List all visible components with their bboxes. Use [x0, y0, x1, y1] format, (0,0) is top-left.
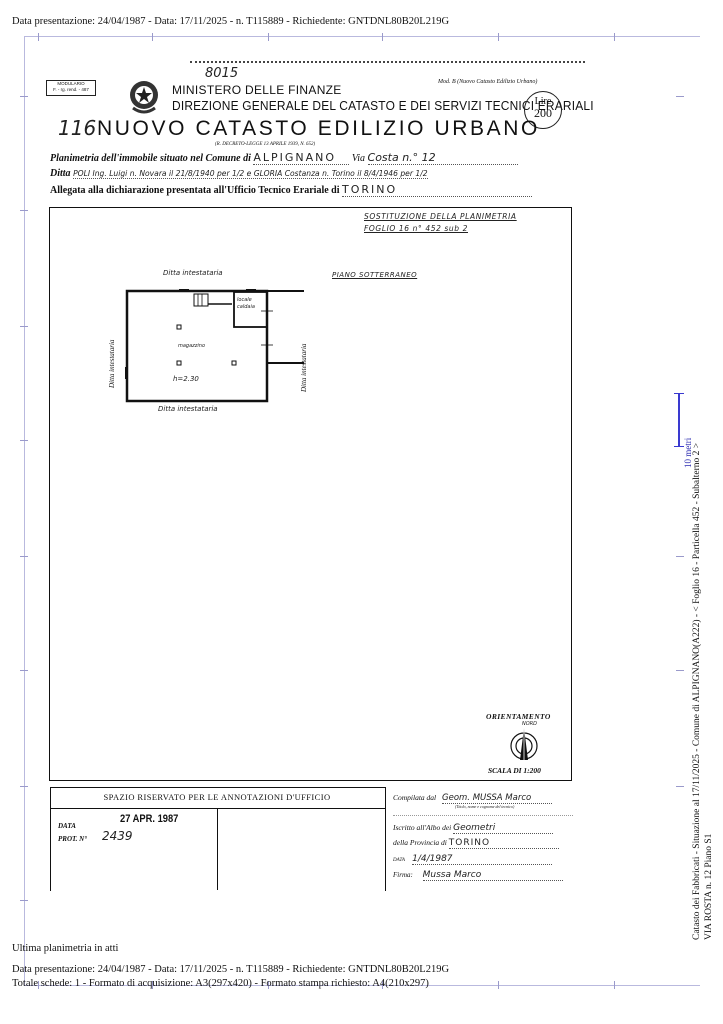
compilata-label: Compilata dal [393, 793, 436, 802]
form-number: 116 [58, 116, 96, 140]
compilata-line: Compilata dal Geom. MUSSA Marco [393, 793, 552, 804]
scale-label: SCALA DI 1:200 [488, 766, 541, 775]
scale-bar [678, 393, 680, 446]
footer-info-line: Data presentazione: 24/04/1987 - Data: 1… [12, 964, 449, 975]
ufficio-value: TORINO [342, 183, 532, 197]
last-plan-note: Ultima planimetria in atti [12, 943, 118, 954]
iscritto-line: Iscritto all'Albo dei Geometri [393, 823, 553, 834]
location-label: Planimetria dell'immobile situato nel Co… [50, 153, 251, 164]
italian-emblem-icon [127, 78, 161, 116]
comune-value: ALPIGNANO [253, 151, 349, 165]
office-stamp-date: 27 APR. 1987 [120, 813, 178, 825]
office-annotations-box [50, 787, 386, 891]
signature: Mussa Marco [423, 870, 563, 881]
side-address-text: VIA ROSTA n. 12 Piano S1 [704, 834, 714, 940]
date2-label: DATA [393, 858, 405, 863]
location-line: Planimetria dell'immobile situato nel Co… [50, 151, 556, 165]
ditta-label: Ditta [50, 168, 71, 179]
via-value: Costa n.° 12 [368, 151, 518, 165]
firma-label: Firma: [393, 871, 413, 879]
ministry-name: MINISTERO DELLE FINANZE [172, 83, 342, 97]
north-arrow-icon [508, 726, 540, 762]
header-info-line: Data presentazione: 24/04/1987 - Data: 1… [12, 16, 449, 27]
allegata-label: Allegata alla dichiarazione presentata a… [50, 185, 340, 196]
provincia-label: della Provincia di [393, 838, 447, 847]
floor-label: PIANO SOTTERRANEO [332, 271, 417, 279]
orientation-label: ORIENTAMENTO [486, 712, 551, 721]
compilata-hint: (Titolo, nome e cognome del tecnico) [455, 804, 514, 809]
iscritto-value: Geometri [453, 823, 553, 834]
date2-value: 1/4/1987 [412, 854, 552, 865]
office-prot-value: 2439 [102, 829, 133, 843]
modulario-box: MODULARIO F. - rg. rend. - 487 [46, 80, 96, 96]
firma-line: Firma: Mussa Marco [393, 870, 563, 881]
room-height-label: h=2.30 [173, 375, 199, 383]
office-box-title: SPAZIO RISERVATO PER LE ANNOTAZIONI D'UF… [50, 792, 384, 802]
room-main-label: magazzino [178, 343, 205, 349]
via-label: Via [352, 153, 365, 164]
header-dotted-strip [190, 61, 585, 63]
compilata-value: Geom. MUSSA Marco [442, 793, 552, 804]
handwritten-number: 8015 [205, 66, 238, 81]
substitution-note: SOSTITUZIONE DELLA PLANIMETRIA [364, 212, 517, 221]
form-title: NUOVO CATASTO EDILIZIO URBANO [97, 117, 540, 141]
neighbor-bottom-label: Ditta intestataria [158, 405, 218, 413]
allegata-line: Allegata alla dichiarazione presentata a… [50, 183, 556, 197]
provincia-value: TORINO [449, 838, 559, 849]
provincia-line: della Provincia di TORINO [393, 838, 559, 849]
room-small-label: locale caldaia [237, 297, 263, 311]
ditta-line: Ditta POLI Ing. Luigi n. Novara il 21/8/… [50, 168, 556, 179]
ditta-value: POLI Ing. Luigi n. Novara il 21/8/1940 p… [73, 169, 428, 179]
neighbor-left-label: Ditta intestataria [108, 340, 116, 388]
office-prot-label: PROT. N° [58, 835, 87, 843]
mod-label: Mod. B (Nuovo Catasto Edilizio Urbano) [438, 79, 537, 85]
office-data-label: DATA [58, 822, 76, 830]
decree-reference: (R. DECRETO-LEGGE 13 APRILE 1939, N. 652… [215, 142, 315, 147]
side-situation-text: Catasto dei Fabbricati - Situazione al 1… [692, 443, 702, 940]
sheet-reference: FOGLIO 16 n° 452 sub 2 [364, 224, 468, 233]
footer-format-line: Totale schede: 1 - Formato di acquisizio… [12, 978, 429, 989]
date2-line: DATA 1/4/1987 [393, 854, 552, 865]
neighbor-top-label: Ditta intestataria [163, 269, 223, 277]
iscritto-label: Iscritto all'Albo dei [393, 823, 451, 832]
modulario-sub: F. - rg. rend. - 487 [47, 87, 95, 93]
floor-plan-drawing [124, 287, 314, 405]
